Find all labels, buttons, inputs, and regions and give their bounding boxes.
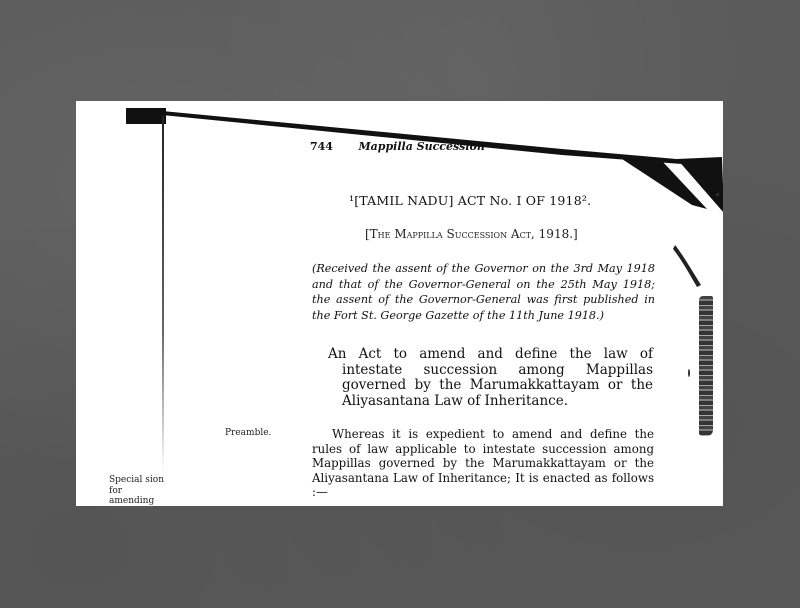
long-title: An Act to amend and define the law of in… (328, 347, 653, 409)
running-head: 744 Mappilla Succession (310, 140, 485, 153)
scan-margin-smudge (699, 296, 713, 436)
short-title: [The Mappilla Succession Act, 1918.] (365, 227, 578, 241)
scan-speck (716, 193, 719, 196)
act-number-heading: ¹[TAMIL NADU] ACT No. I OF 1918². (349, 193, 591, 208)
scanned-page: 744 Mappilla Succession ¹[TAMIL NADU] AC… (76, 101, 723, 506)
scan-edge-shadow (126, 108, 166, 124)
margin-note-special: Special sion for amending (109, 475, 164, 506)
preamble-text: Whereas it is expedient to amend and def… (312, 427, 654, 500)
scan-ink-mark (671, 241, 711, 301)
margin-note-preamble: Preamble. (225, 428, 271, 438)
page-number: 744 (310, 140, 333, 153)
scan-speck (688, 369, 690, 377)
assent-note: (Received the assent of the Governor on … (312, 261, 655, 323)
long-title-text: An Act to amend and define the law of in… (328, 347, 653, 409)
page-left-edge (162, 113, 164, 473)
running-title: Mappilla Succession (358, 140, 484, 153)
